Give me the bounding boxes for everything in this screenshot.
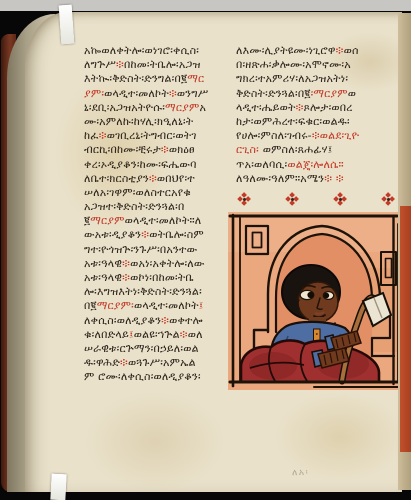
miniature-painting [228,212,400,390]
text-line: ሠለአ፡ገዋም፡ወለስተርአየቁ [84,186,234,200]
text-line: ውአቱ፡ዲያቆን፨ወትቤሎ፡ስም [84,228,234,242]
text-line: ቁ፡ለበድላይ፤ወልዩ፡ኀጕል፨ወለ [84,328,234,342]
manuscript-photo: አኰወለቀትሎ፡ወነገሮ፡ቀሲስ፡ለግጕሥ፨በከመ፡ትቤሎ፡አጋዝእትኲ፡ቅድስ… [0,0,411,500]
text-line: ለግጕሥ፨በከመ፡ትቤሎ፡አጋዝ [84,58,234,72]
text-line: ዱ፡ዋሕድ፨ወጓጉሥ፡አምኤል [84,356,234,370]
text-line: ሎ፡እግዝእትነ፡ቅድስት፡ድንጓል፡ [84,285,234,299]
text-line: ያም፡ወላዲተ፡መለኮት፨ወንግሥ [84,87,234,101]
ornament-cross-row [238,192,394,206]
text-line: ቀረ፡ኦዲያቆን፡ከሙ፡ፍሔውባ [84,158,234,172]
text-line: ላዲተ፡ሔይወት፨ጾሎታ፡ወበረ [236,101,397,115]
text-line: ግክረ፡ተአምሪሃ፡ለአጋዝአትነ፡ [236,72,397,86]
text-line: ፪ማርያምወላዲተ፡መለኮት።ለ [84,214,234,228]
parchment-stain [85,392,225,492]
text-line: ለእሙ፡ሊያትዩሙ፡ነጊሮዋ፨ወሰ [236,44,397,58]
adjacent-page-edge [400,206,411,452]
text-line: ኒ፡ደቢ፡አጋዝአትዮሱ፡ማርያምአ [84,101,234,115]
page-marker-tab-top [59,5,75,45]
text-line: አኰወለቀትሎ፡ወነገሮ፡ቀሲስ፡ [84,44,234,58]
text-line: ከፈ፨ወገቢረኒ፡ትግብር፡ወትገ [84,129,234,143]
text-line: አቱ፡ዓላዊ፨ወአነ፡አቀትሎ፡ለው [84,257,234,271]
text-line: ም ሮሙ፡ለቀሲስ፡ወለዲያቆን፡ [84,370,234,384]
text-line: በ፡ዘጽሐ፡ቃሎሙ፡አሞኖሙ፡አ [236,58,397,72]
text-line: ግተ፡ዮጎዝጕ፡ንጉሥ፡በአንተው [84,243,234,257]
text-line: ሙ፡አምለኩ፡ከሃሊ፡ክዒለኒ፡ት [84,115,234,129]
text-line: ርጊስ፡ ወምስለ፡ጸሐፊሃ፤ [236,143,397,157]
text-line: ጥአ፡ወለባሲ፡ወልጄ፡ሎለሴ። [236,158,397,172]
text-line: አቱ፡ዓላዊ፨ወኮነ፡በከመ፡ትቤ [84,271,234,285]
cross-rosette [238,193,250,205]
text-line: ለቤተ፡ክርስቲያን፨ወበህየ፡ተ [84,172,234,186]
page-marker-tab-bottom [50,474,66,500]
cross-rosette [286,193,298,205]
cross-rosette [334,193,346,205]
text-line: በ፪ማርያም፡ወላዲተ፡መለኮት፤ [84,299,234,313]
text-line: እትኲ፡ቅድስት፡ድንግል፡በ፪ማር [84,72,234,86]
text-line: ለዓለሙ፡ዓለም።አሜን፨ ፨ [236,172,397,186]
text-line: ለቀሲስ፡ወለዲያቆን፨ወቀተሎ [84,314,234,328]
text-line: ከታ፡ወምሕረተ፡ፍቁር፡ወልዱ፡ [236,115,397,129]
text-line: የሀሎ፡ምስለ፡ገብሩ-፨ወልደ፡ጊዮ [236,129,397,143]
text-line: ብርኪ፡በከሙ፡ቺሩታ፨ወክዕፀ [84,143,234,157]
text-line: ቅድስት፡ድንጓል፡በ፪፡ማርያምወ [236,87,397,101]
text-line: አጋዝተ፡ቅድስት፡ድንጓል፡በ [84,200,234,214]
text-column-right: ለእሙ፡ሊያትዩሙ፡ነጊሮዋ፨ወሰበ፡ዘጽሐ፡ቃሎሙ፡አሞኖሙ፡አግክረ፡ተአም… [236,44,397,186]
cross-rosette [382,193,394,205]
text-column-left: አኰወለቀትሎ፡ወነገሮ፡ቀሲስ፡ለግጕሥ፨በከመ፡ትቤሎ፡አጋዝእትኲ፡ቅድስ… [84,44,234,385]
pencil-inscription: ለአ፡ [292,468,310,479]
text-line: ሠራዊቱ፡ርጕማን፡በኃይለ፡ወል [84,342,234,356]
